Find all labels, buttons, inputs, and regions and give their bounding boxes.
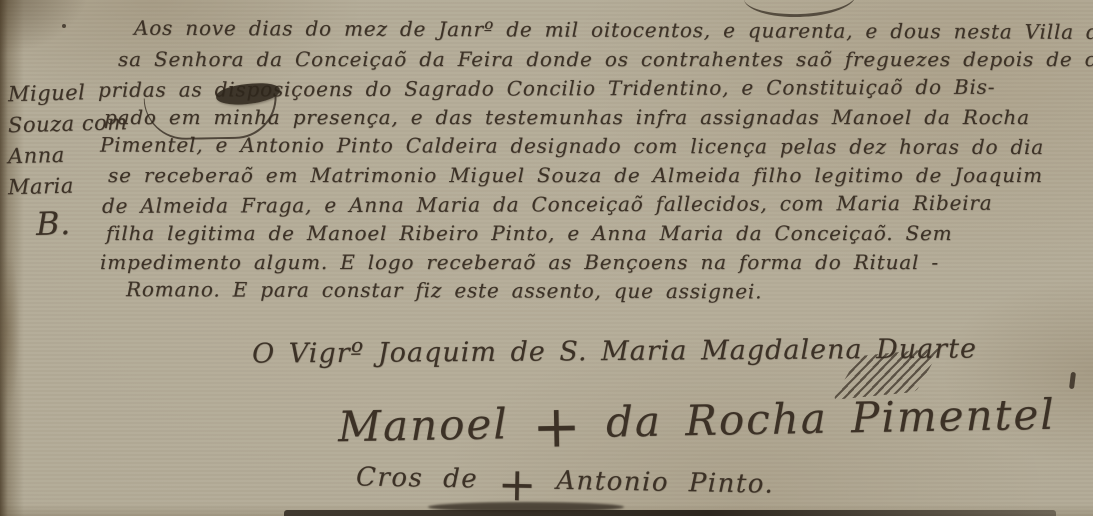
- margin-note: Miguel Souza com Anna Maria B.: [8, 78, 108, 239]
- witness1-surname: da Rocha Pimentel: [606, 390, 1057, 447]
- witness1-name: Manoel: [338, 399, 510, 451]
- manuscript-page-photo: Miguel Souza com Anna Maria B. Aos nove …: [0, 0, 1093, 516]
- margin-note-line: Miguel: [8, 77, 109, 111]
- witness1-cross-mark: +: [532, 426, 583, 427]
- record-line: se receberaõ em Matrimonio Miguel Souza …: [108, 161, 1093, 190]
- witness2-prefix: Cros de: [356, 462, 479, 494]
- margin-note-line: Anna: [8, 139, 109, 173]
- witness2-name: Antonio Pinto.: [556, 466, 775, 500]
- record-line: de Almeida Fraga, e Anna Maria da Concei…: [102, 188, 1093, 221]
- record-line: impedimento algum. E logo receberaõ as B…: [100, 248, 1093, 277]
- margin-note-line: Souza com: [8, 108, 109, 142]
- cutoff-next-line-band: [284, 510, 1056, 516]
- witness1-signature: Manoel + da Rocha Pimentel: [338, 390, 1056, 452]
- cutoff-next-line-smudge: [428, 502, 624, 512]
- witness2-cross-mark: +: [498, 484, 537, 485]
- record-line: Romano. E para constar fiz este assento,…: [126, 275, 1093, 308]
- margin-note-line: Maria: [8, 170, 109, 204]
- right-edge-ink-mark: [1069, 372, 1076, 389]
- witness2-signature: Cros de + Antonio Pinto.: [356, 462, 775, 499]
- margin-note-initial: B.: [36, 207, 109, 240]
- stray-ink-dot: [62, 24, 66, 28]
- record-line: sa Senhora da Conceiçaõ da Feira donde o…: [118, 45, 1093, 74]
- record-line: Aos nove dias do mez de Janrº de mil oit…: [134, 14, 1093, 48]
- record-line: filha legitima de Manoel Ribeiro Pinto, …: [106, 219, 1093, 248]
- page-edge-stain: [0, 250, 20, 410]
- record-body: Aos nove dias do mez de Janrº de mil oit…: [100, 16, 1093, 306]
